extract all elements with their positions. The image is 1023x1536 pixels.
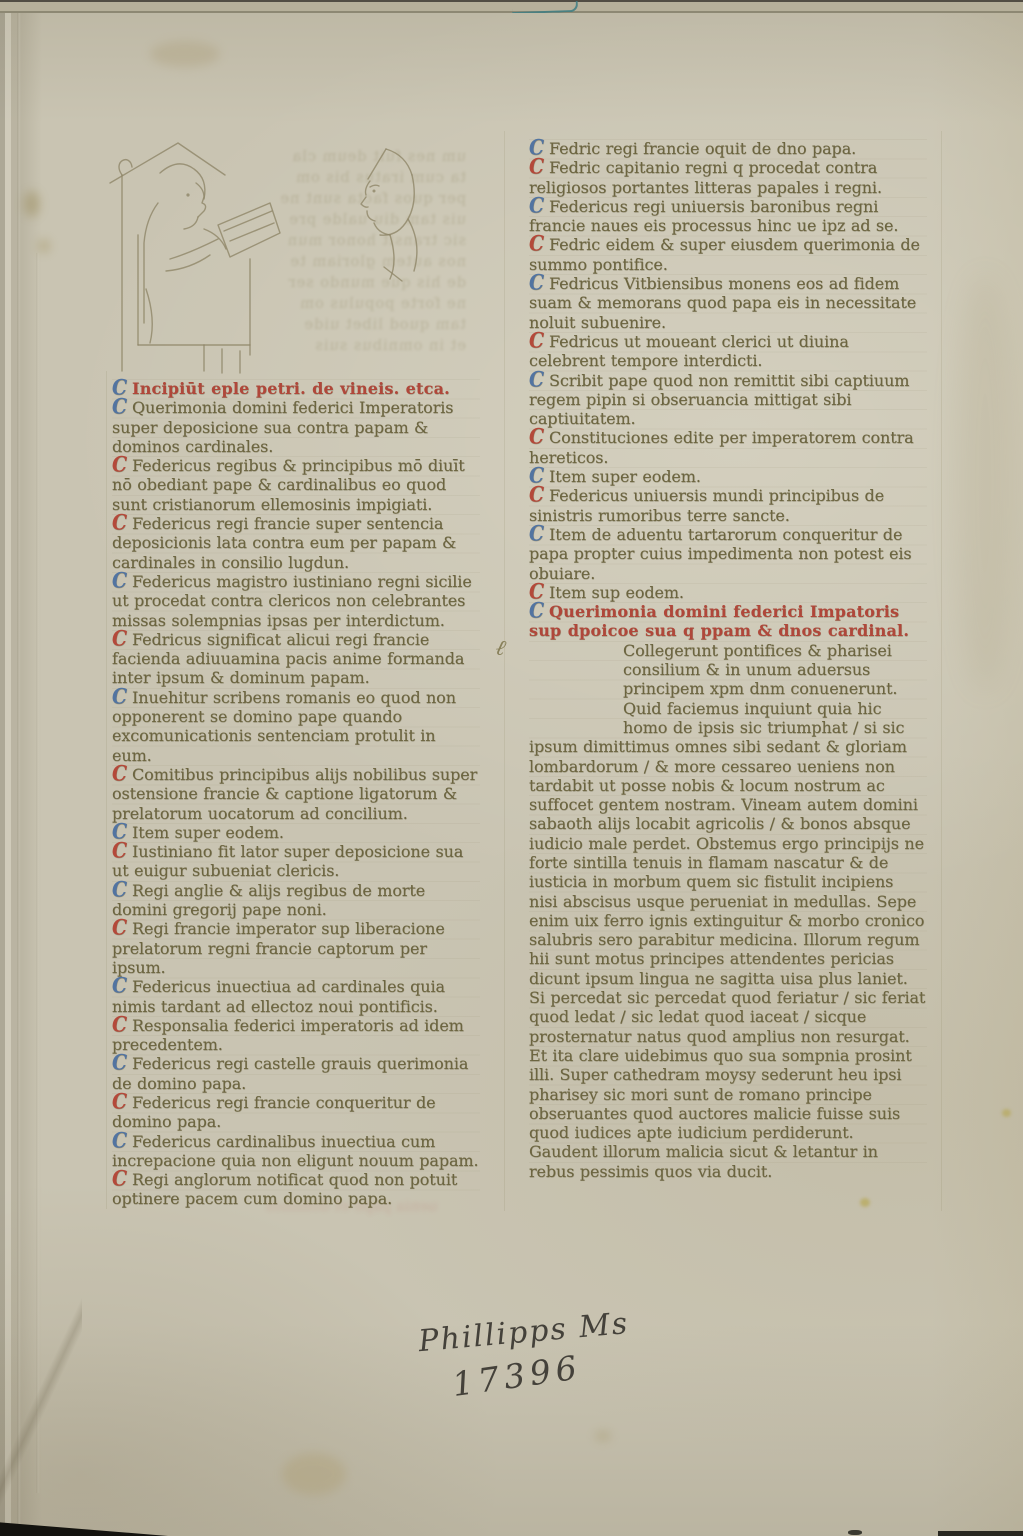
index-entry: CFedericus regi uniuersis baronibus regn… — [529, 197, 927, 236]
paraph-mark-icon: C — [529, 601, 544, 622]
index-entry-text: Querimonia domini federici Imperatoris s… — [112, 398, 453, 456]
paraph-mark-icon: C — [112, 629, 127, 650]
index-entry-text: Scribit pape quod non remittit sibi capt… — [529, 371, 909, 429]
index-entry: CItem sup eodem. — [529, 583, 927, 602]
index-entry-text: Regi anglie & alijs regibus de morte dom… — [112, 881, 425, 919]
letter-body: Collegerunt pontifices & pharisei consil… — [529, 641, 927, 1181]
paraph-mark-icon: C — [112, 455, 127, 476]
index-entry: CFedericus regi castelle grauis querimon… — [112, 1054, 480, 1093]
paraph-mark-icon: C — [112, 1169, 127, 1190]
paraph-mark-icon: C — [112, 687, 127, 708]
index-entry-text: Federicus regi uniuersis baronibus regni… — [529, 197, 898, 235]
paraph-mark-icon: C — [529, 157, 544, 178]
letter-body-text: Collegerunt pontifices & pharisei consil… — [529, 641, 925, 1181]
index-entry: CFedric capitanio regni q procedat contr… — [529, 158, 927, 197]
right-figure-hooded-head — [361, 149, 417, 281]
index-entry-text: Comitibus principibus alijs nobilibus su… — [112, 765, 477, 823]
index-entry: CFedericus uniuersis mundi principibus d… — [529, 486, 927, 525]
index-entry-text: Regi francie imperator sup liberacione p… — [112, 919, 445, 977]
index-entry-text: Federicus uniuersis mundi principibus de… — [529, 486, 884, 524]
paraph-mark-icon: C — [529, 331, 544, 352]
index-entry: CRegi anglie & alijs regibus de morte do… — [112, 881, 480, 920]
paraph-mark-icon: C — [529, 234, 544, 255]
paraph-mark-icon: C — [529, 427, 544, 448]
index-entry-text: Item super eodem. — [132, 823, 284, 842]
index-entry-text: Fedric regi francie oquit de dno papa. — [549, 139, 856, 158]
index-entry: CItem super eodem. — [112, 823, 480, 842]
manuscript-photo: { "colors": { "parchment": "#c9c4b2", "i… — [0, 0, 1023, 1536]
index-entry-text: Federicus cardinalibus inuectiua cum inc… — [112, 1132, 478, 1170]
letter-rubric-text: Querimonia domini federici Impatoris sup… — [529, 602, 909, 640]
left-figure-bishop-with-letter — [110, 143, 280, 373]
index-entry: CConstituciones edite per imperatorem co… — [529, 428, 927, 467]
paraph-mark-icon: C — [112, 1130, 127, 1151]
index-entry: CComitibus principibus alijs nobilibus s… — [112, 765, 480, 823]
paraph-mark-icon: C — [112, 1092, 127, 1113]
paraph-mark-icon: C — [112, 880, 127, 901]
index-entry: CFedric regi francie oquit de dno papa. — [529, 139, 927, 158]
index-entry-text: Fedric capitanio regni q procedat contra… — [529, 158, 882, 196]
index-entry: CResponsalia federici imperatoris ad ide… — [112, 1016, 480, 1055]
index-entry-text: Responsalia federici imperatoris ad idem… — [112, 1016, 464, 1054]
index-entry: CIustiniano fit lator super deposicione … — [112, 842, 480, 881]
paraph-mark-icon: C — [112, 1015, 127, 1036]
index-entry: CRegi anglorum notificat quod non potuit… — [112, 1170, 480, 1209]
index-entry-text: Federicus regibus & principibus mō diuīt… — [112, 456, 465, 514]
letters-index-list: CFedric regi francie oquit de dno papa. … — [529, 139, 927, 602]
index-entry: CInuehitur scribens romanis eo quod non … — [112, 688, 480, 765]
gutter-stray-mark: ℓ — [493, 634, 508, 661]
index-entry: CFedericus regibus & principibus mō diuī… — [112, 456, 480, 514]
index-entry: CFedericus regi francie super sentencia … — [112, 514, 480, 572]
index-entry-text: Fedricus Vitbiensibus monens eos ad fide… — [529, 274, 916, 332]
parchment-page: um nes fuit deum clata cum iratus bis om… — [0, 13, 1023, 1536]
paraph-mark-icon: C — [112, 397, 127, 418]
index-entry-text: Regi anglorum notificat quod non potuit … — [112, 1170, 457, 1208]
stain — [955, 273, 1015, 693]
paraph-mark-icon: C — [529, 485, 544, 506]
ruling-line — [106, 371, 107, 1209]
phillipps-inscription: Phillipps Ms 17396 — [417, 1306, 634, 1402]
index-entry-text: Federicus inuectiua ad cardinales quia n… — [112, 977, 445, 1015]
letters-index-list: CQuerimonia domini federici Imperatoris … — [112, 398, 480, 1208]
index-entry-text: Fedric eidem & super eiusdem querimonia … — [529, 235, 920, 273]
initial-reserved-space — [529, 641, 623, 719]
index-entry: CFedericus cardinalibus inuectiua cum in… — [112, 1132, 480, 1171]
index-entry-text: Federicus regi francie conqueritur de do… — [112, 1093, 436, 1131]
stain — [24, 191, 40, 217]
index-entry: CScribit pape quod non remittit sibi cap… — [529, 371, 927, 429]
ruling-line — [504, 131, 505, 1211]
letter-rubric: CQuerimonia domini federici Impatoris su… — [529, 602, 927, 641]
index-entry: CItem super eodem. — [529, 467, 927, 486]
index-entry-text: Iustiniano fit lator super deposicione s… — [112, 842, 463, 880]
index-entry-text: Item super eodem. — [549, 467, 701, 486]
paraph-mark-icon: C — [112, 1053, 127, 1074]
index-entry-text: Federicus regi francie super sentencia d… — [112, 514, 456, 572]
index-entry-text: Item sup eodem. — [549, 583, 684, 602]
paraph-mark-icon: C — [529, 369, 544, 390]
index-entry-text: Fedricus ut moueant clerici ut diuina ce… — [529, 332, 849, 370]
paraph-mark-icon: C — [112, 571, 127, 592]
paraph-mark-icon: C — [529, 196, 544, 217]
index-entry: CFedric eidem & super eiusdem querimonia… — [529, 235, 927, 274]
index-entry: CItem de aduentu tartarorum conqueritur … — [529, 525, 927, 583]
paraph-mark-icon: C — [112, 764, 127, 785]
incipit-rubric-text: Incipiūt eple petri. de vineis. etca. — [132, 379, 450, 398]
photo-dark-speck — [848, 1530, 862, 1535]
index-entry-text: Federicus magistro iustiniano regni sici… — [112, 572, 472, 630]
marginal-sketch — [100, 139, 455, 381]
index-entry: CRegi francie imperator sup liberacione … — [112, 919, 480, 977]
ruling-line — [941, 131, 942, 1211]
paraph-mark-icon: C — [529, 273, 544, 294]
index-entry: CFedericus magistro iustiniano regni sic… — [112, 572, 480, 630]
photo-dark-edge — [938, 1531, 1023, 1536]
index-entry: CFedricus ut moueant clerici ut diuina c… — [529, 332, 927, 371]
index-entry: CFedericus regi francie conqueritur de d… — [112, 1093, 480, 1132]
stain — [150, 41, 220, 67]
stain — [38, 239, 50, 253]
index-entry: CFedricus significat alicui regi francie… — [112, 630, 480, 688]
index-entry-text: Inuehitur scribens romanis eo quod non o… — [112, 688, 456, 765]
paraph-mark-icon: C — [112, 976, 127, 997]
index-entry-text: Item de aduentu tartarorum conqueritur d… — [529, 525, 912, 583]
index-entry-text: Fedricus significat alicui regi francie … — [112, 630, 464, 688]
stain — [1002, 1109, 1011, 1117]
incipit-rubric: CIncipiūt eple petri. de vineis. etca. — [112, 379, 480, 398]
right-text-column: CFedric regi francie oquit de dno papa. … — [529, 139, 927, 1181]
paraph-mark-icon: C — [112, 841, 127, 862]
index-entry: CQuerimonia domini federici Imperatoris … — [112, 398, 480, 456]
paraph-mark-icon: C — [112, 513, 127, 534]
paraph-mark-icon: C — [529, 524, 544, 545]
index-entry-text: Federicus regi castelle grauis querimoni… — [112, 1054, 468, 1092]
stain — [282, 1453, 346, 1495]
left-text-column: CIncipiūt eple petri. de vineis. etca. C… — [112, 379, 480, 1209]
corner-crease — [0, 1286, 82, 1536]
stain — [860, 1198, 870, 1207]
stain — [595, 1431, 611, 1441]
index-entry: CFedericus inuectiua ad cardinales quia … — [112, 977, 480, 1016]
paraph-mark-icon: C — [112, 918, 127, 939]
index-entry-text: Constituciones edite per imperatorem con… — [529, 428, 914, 466]
index-entry: CFedricus Vitbiensibus monens eos ad fid… — [529, 274, 927, 332]
